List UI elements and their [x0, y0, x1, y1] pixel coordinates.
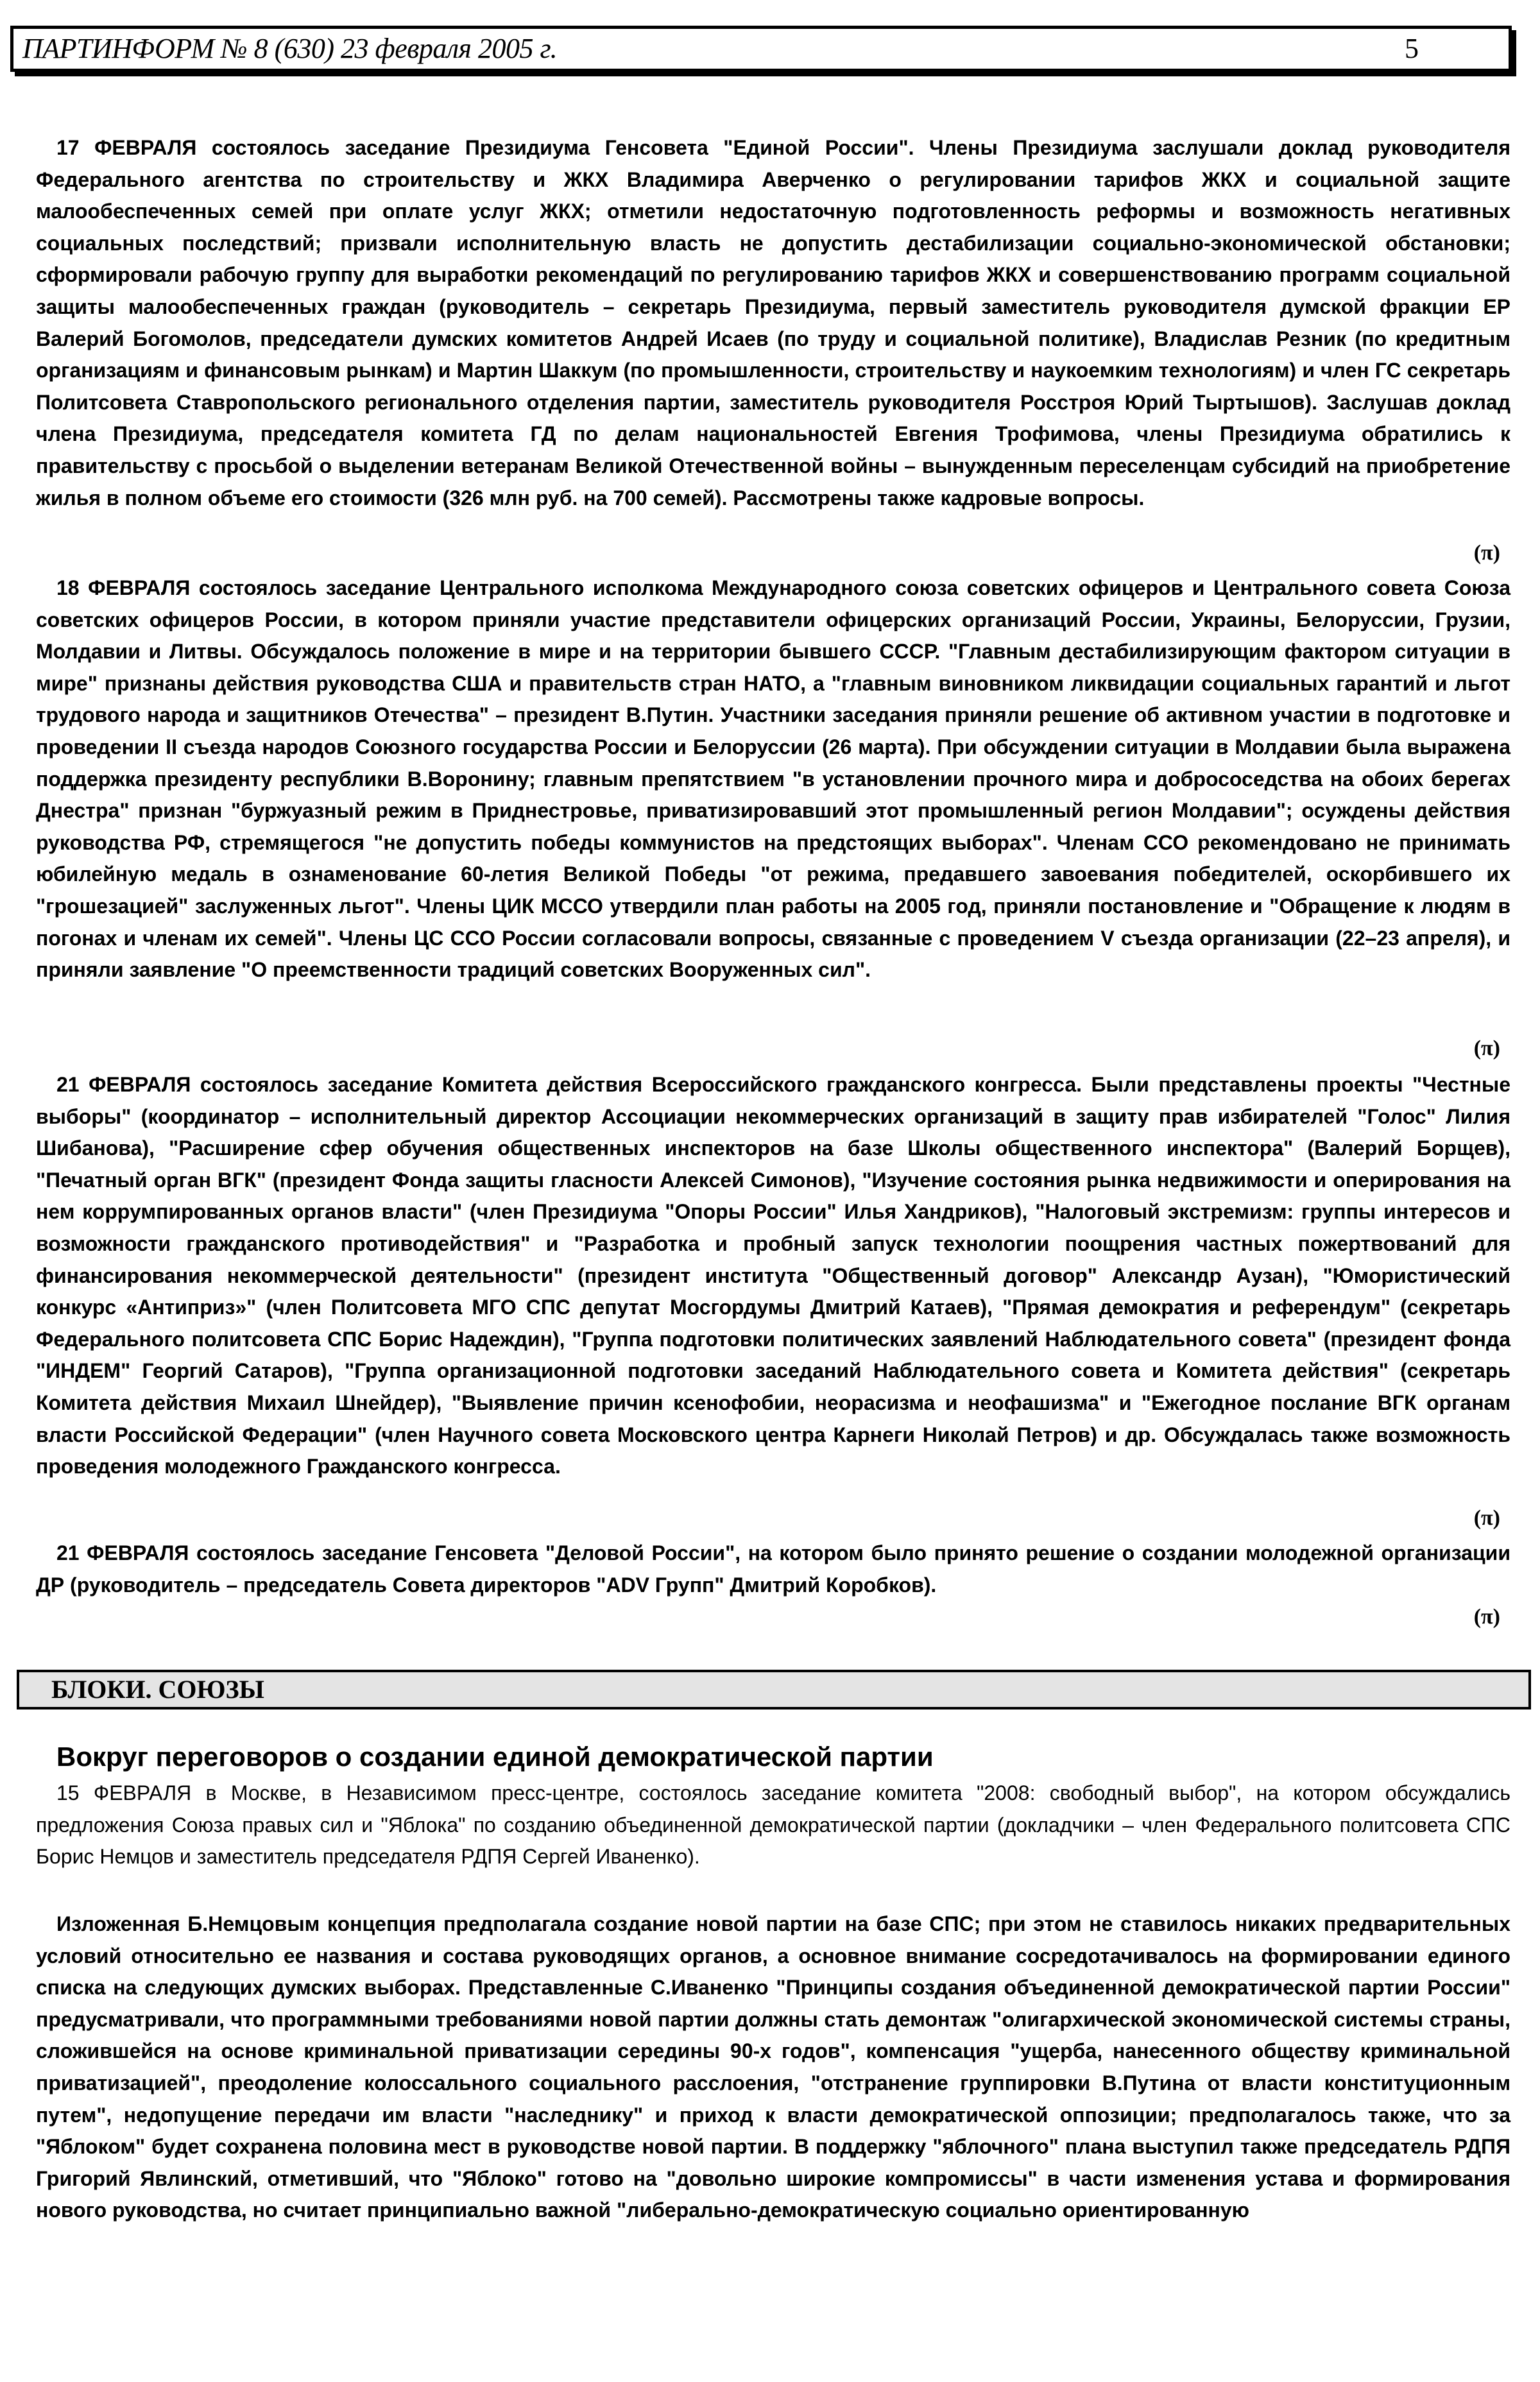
news-date: 21 ФЕВРАЛЯ	[56, 1541, 189, 1564]
news-text: состоялось заседание Генсовета "Деловой …	[36, 1541, 1510, 1597]
page-header: ПАРТИНФОРМ № 8 (630) 23 февраля 2005 г. …	[10, 26, 1512, 72]
news-item: 17 ФЕВРАЛЯ состоялось заседание Президиу…	[36, 132, 1510, 514]
news-date: 18 ФЕВРАЛЯ	[56, 576, 190, 599]
section-title: БЛОКИ. СОЮЗЫ	[51, 1675, 264, 1704]
news-text: состоялось заседание Центрального исполк…	[36, 576, 1510, 981]
news-date: 21 ФЕВРАЛЯ	[56, 1073, 191, 1096]
news-signature: (π)	[1474, 1505, 1500, 1531]
news-item: 18 ФЕВРАЛЯ состоялось заседание Централь…	[36, 572, 1510, 986]
page-number: 5	[1405, 31, 1419, 66]
publication-title: ПАРТИНФОРМ № 8 (630) 23 февраля 2005 г.	[22, 31, 557, 66]
news-date: 17 ФЕВРАЛЯ	[56, 136, 196, 159]
news-text: состоялось заседание Президиума Генсовет…	[36, 136, 1510, 510]
section-banner: БЛОКИ. СОЮЗЫ	[17, 1670, 1531, 1709]
news-signature: (π)	[1474, 1036, 1500, 1061]
news-item: 21 ФЕВРАЛЯ состоялось заседание Комитета…	[36, 1069, 1510, 1483]
article-body: Изложенная Б.Немцовым концепция предпола…	[36, 1908, 1510, 2227]
news-text: состоялось заседание Комитета действия В…	[36, 1073, 1510, 1478]
article-heading: Вокруг переговоров о создании единой дем…	[56, 1740, 934, 1774]
news-signature: (π)	[1474, 1604, 1500, 1630]
news-item: 21 ФЕВРАЛЯ состоялось заседание Генсовет…	[36, 1538, 1510, 1601]
article-intro: 15 ФЕВРАЛЯ в Москве, в Независимом пресс…	[36, 1778, 1510, 1873]
news-signature: (π)	[1474, 540, 1500, 566]
